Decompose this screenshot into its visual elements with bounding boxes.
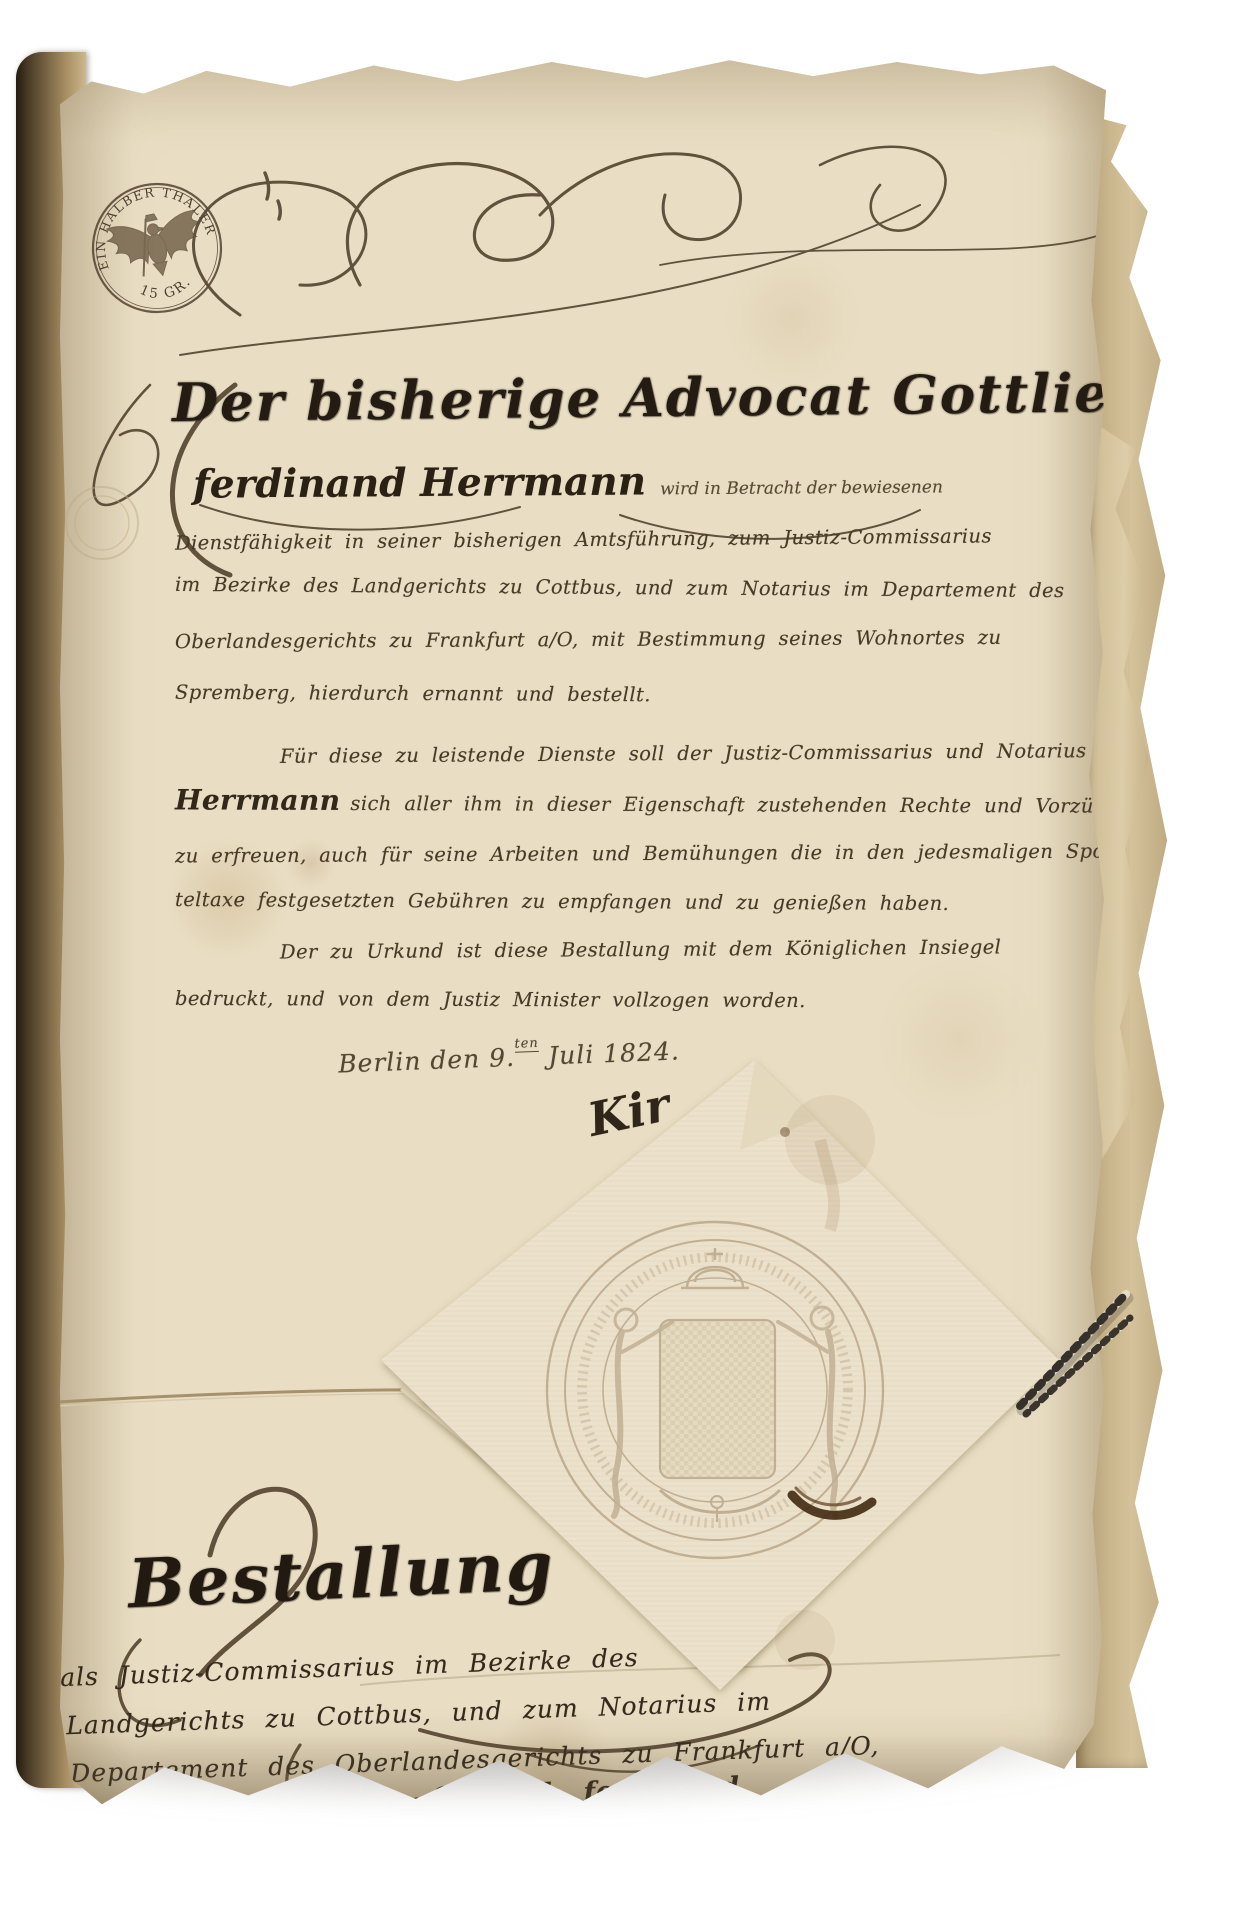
sealing-cord [0, 0, 1252, 1920]
document-photo: EIN HALBER THALER 15 GR. Der bisherige A… [0, 0, 1252, 1920]
